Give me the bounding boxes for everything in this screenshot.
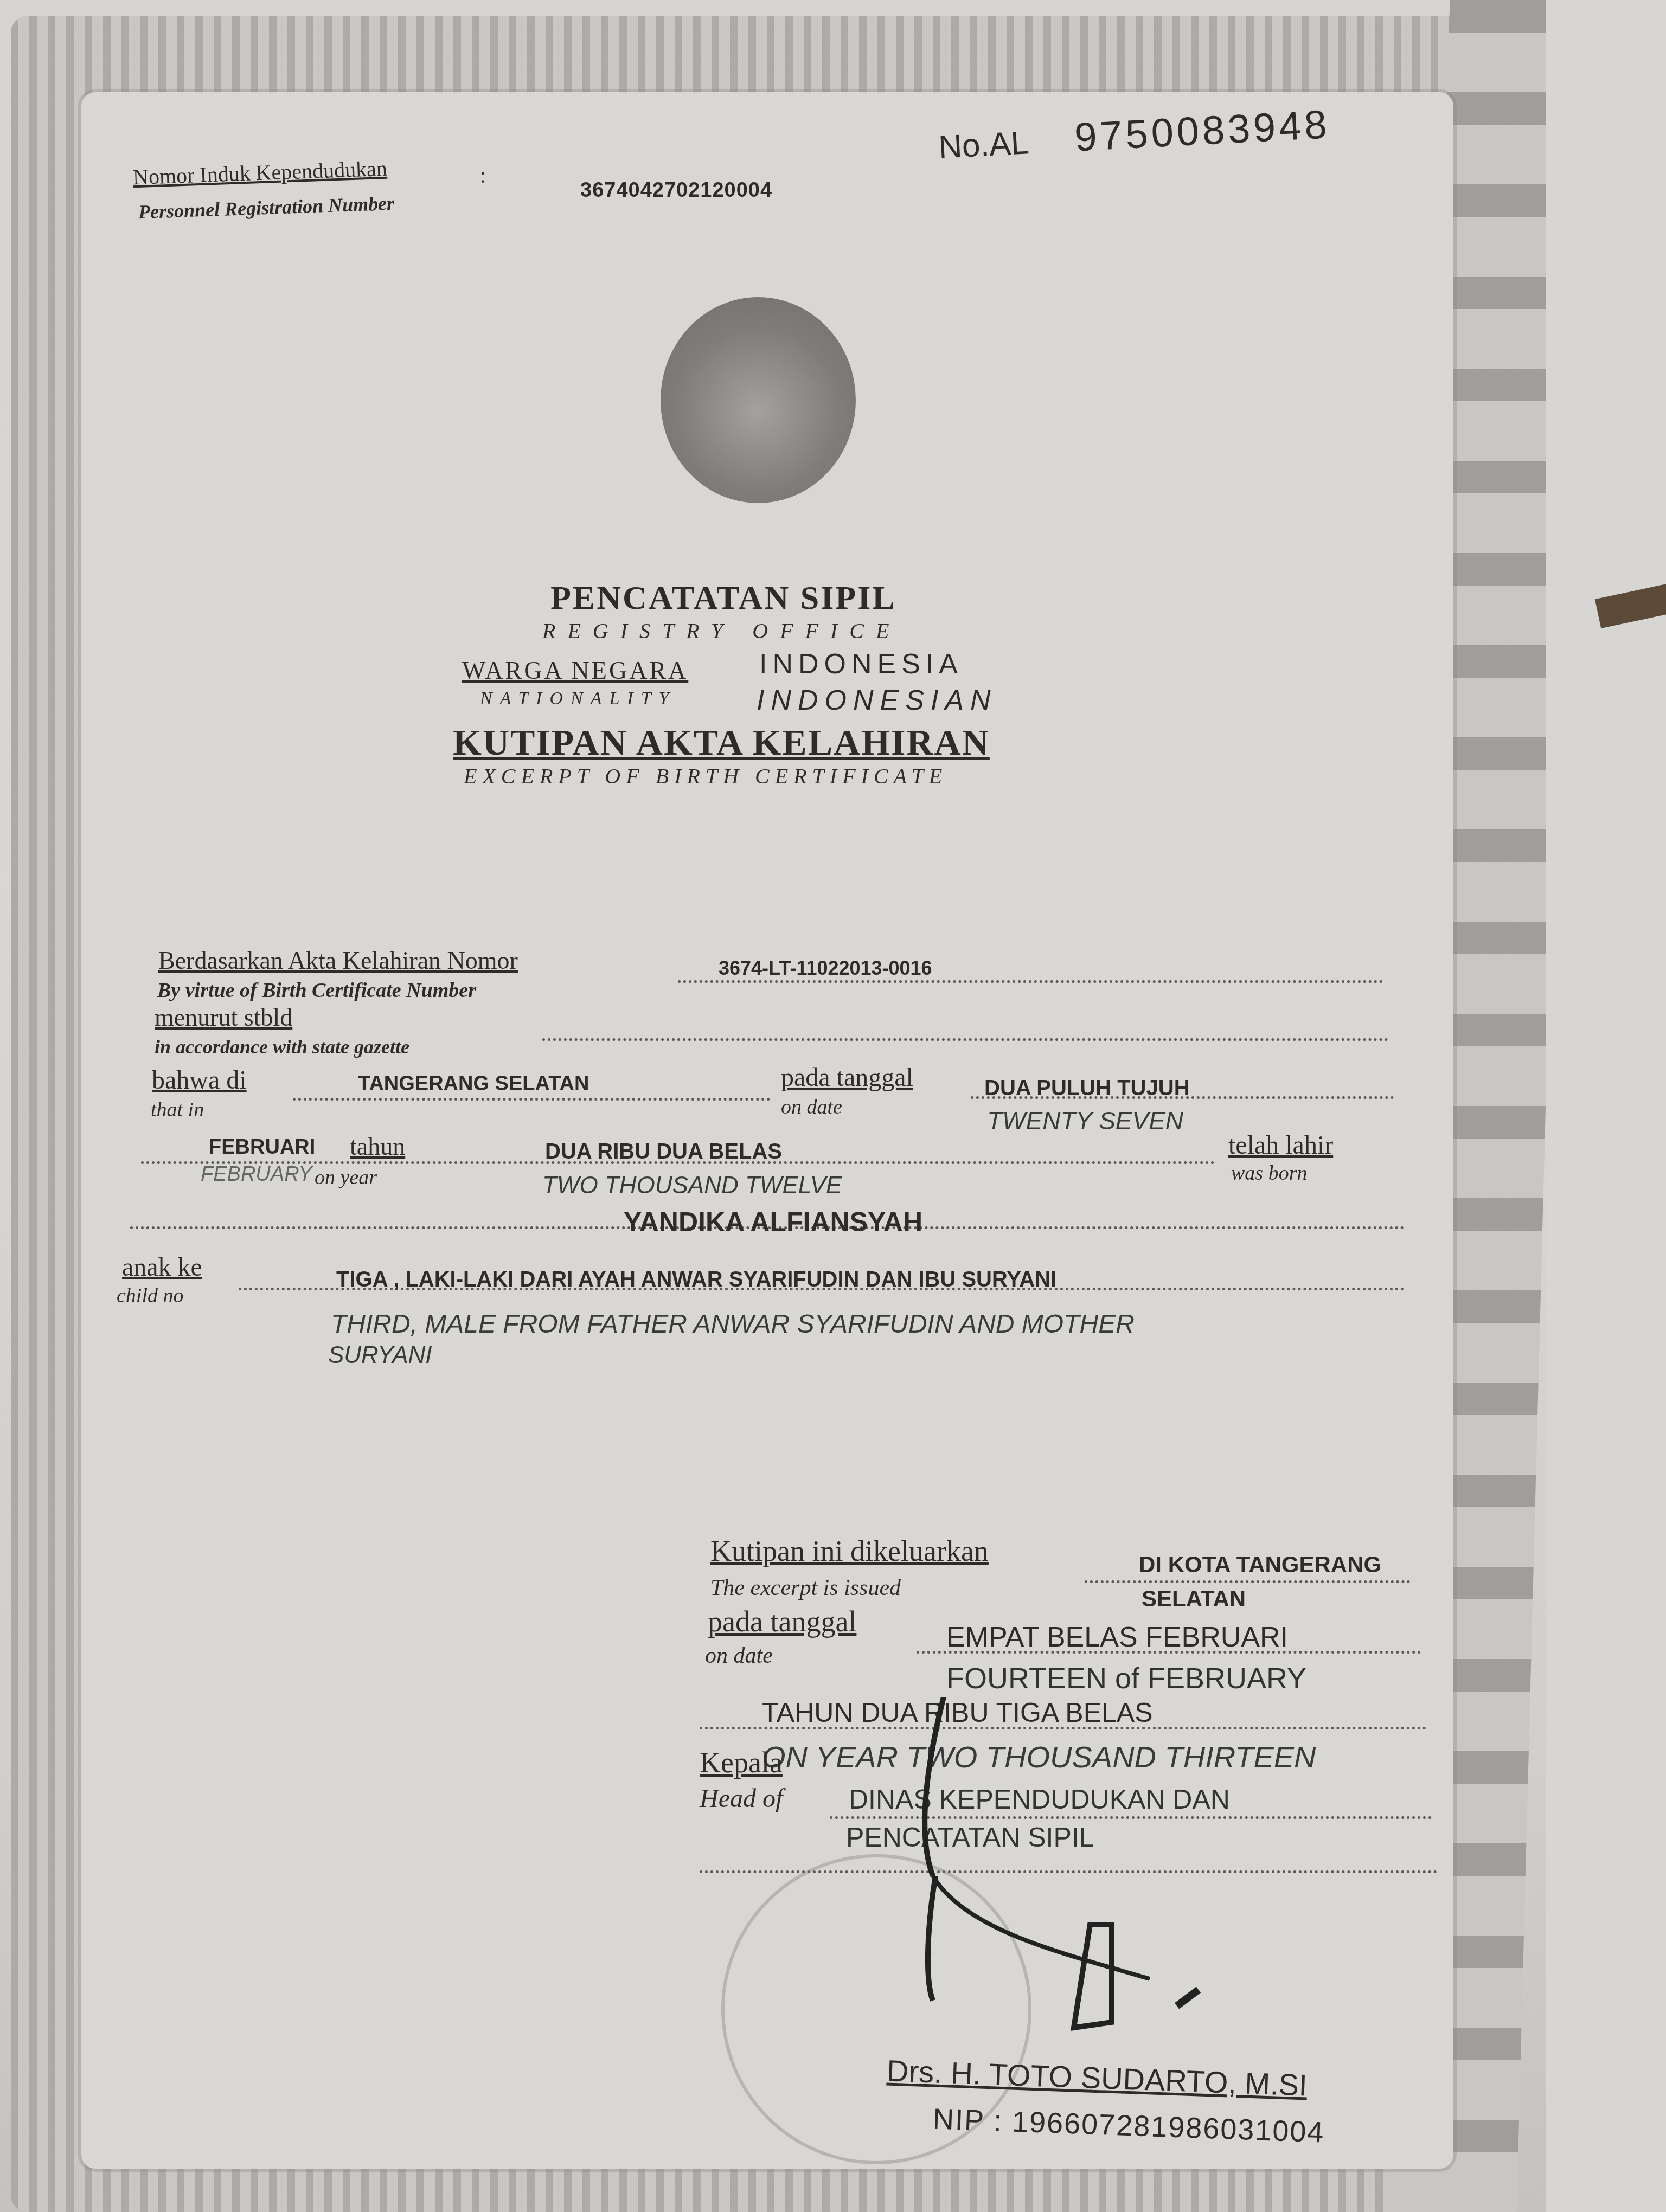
child-name: YANDIKA ALFIANSYAH — [624, 1206, 922, 1238]
nationality-label: WARGA NEGARA — [462, 656, 688, 685]
place-label: bahwa di — [152, 1065, 247, 1095]
nationality-value: INDONESIA — [759, 648, 963, 680]
born-label: telah lahir — [1228, 1130, 1333, 1160]
child-no-label-en: child no — [117, 1284, 183, 1308]
document-background: No.AL 9750083948 Nomor Induk Kependuduka… — [0, 0, 1666, 2212]
garuda-emblem-icon — [661, 297, 856, 503]
child-desc-en-2: SURYANI — [328, 1342, 432, 1369]
office-title: PENCATATAN SIPIL — [550, 579, 896, 618]
cert-no-label: Berdasarkan Akta Kelahiran Nomor — [158, 946, 518, 975]
issue-date-label-en: on date — [705, 1643, 773, 1669]
head-label: Kepala — [700, 1746, 783, 1779]
document-title: KUTIPAN AKTA KELAHIRAN — [453, 721, 990, 764]
cert-no-dotline — [678, 980, 1383, 983]
month-value: FEBRUARI — [209, 1136, 315, 1159]
date-value-en: TWENTY SEVEN — [987, 1106, 1183, 1135]
place-label-en: that in — [151, 1098, 204, 1122]
child-desc: TIGA , LAKI-LAKI DARI AYAH ANWAR SYARIFU… — [336, 1268, 1056, 1292]
born-label-en: was born — [1231, 1161, 1307, 1185]
child-desc-en-1: THIRD, MALE FROM FATHER ANWAR SYARIFUDIN… — [331, 1309, 1135, 1339]
issued-place-1: DI KOTA TANGERANG — [1139, 1552, 1381, 1578]
place-dotline — [293, 1098, 770, 1101]
issue-date-label: pada tanggal — [708, 1605, 856, 1638]
nik-value: 3674042702120004 — [580, 179, 772, 202]
cert-no-value: 3674-LT-11022013-0016 — [719, 957, 932, 980]
month-value-en: FEBRUARY — [201, 1163, 312, 1186]
date-label: pada tanggal — [781, 1063, 913, 1092]
stbld-dotline — [542, 1038, 1388, 1041]
nationality-value-en: INDONESIAN — [757, 684, 997, 717]
year-value-en: TWO THOUSAND TWELVE — [542, 1172, 842, 1199]
issued-place-2: SELATAN — [1142, 1586, 1246, 1612]
nationality-label-en: NATIONALITY — [480, 689, 676, 709]
stbld-label-en: in accordance with state gazette — [155, 1036, 409, 1058]
child-no-label: anak ke — [122, 1252, 202, 1282]
date-label-en: on date — [781, 1095, 842, 1119]
year-label-en: on year — [315, 1166, 377, 1189]
head-label-en: Head of — [700, 1784, 783, 1814]
place-value: TANGERANG SELATAN — [358, 1072, 589, 1096]
document-title-en: EXCERPT OF BIRTH CERTIFICATE — [464, 763, 947, 789]
stbld-label: menurut stbld — [155, 1003, 292, 1032]
year-label: tahun — [350, 1132, 405, 1161]
cert-no-label-en: By virtue of Birth Certificate Number — [157, 979, 476, 1002]
table-surface — [1546, 0, 1666, 2212]
serial-prefix: No.AL — [938, 124, 1029, 165]
office-title-en: REGISTRY OFFICE — [542, 618, 901, 644]
date-value: DUA PULUH TUJUH — [984, 1076, 1190, 1101]
issued-dotline — [1085, 1580, 1410, 1583]
nik-colon: : — [480, 163, 486, 188]
signature-icon — [895, 1697, 1220, 2033]
issued-label: Kutipan ini dikeluarkan — [710, 1534, 989, 1568]
year-value: DUA RIBU DUA BELAS — [545, 1140, 782, 1164]
issued-label-en: The excerpt is issued — [710, 1575, 901, 1601]
issue-date-value: EMPAT BELAS FEBRUARI — [946, 1621, 1288, 1654]
issue-date-value-en: FOURTEEN of FEBRUARY — [946, 1662, 1306, 1695]
